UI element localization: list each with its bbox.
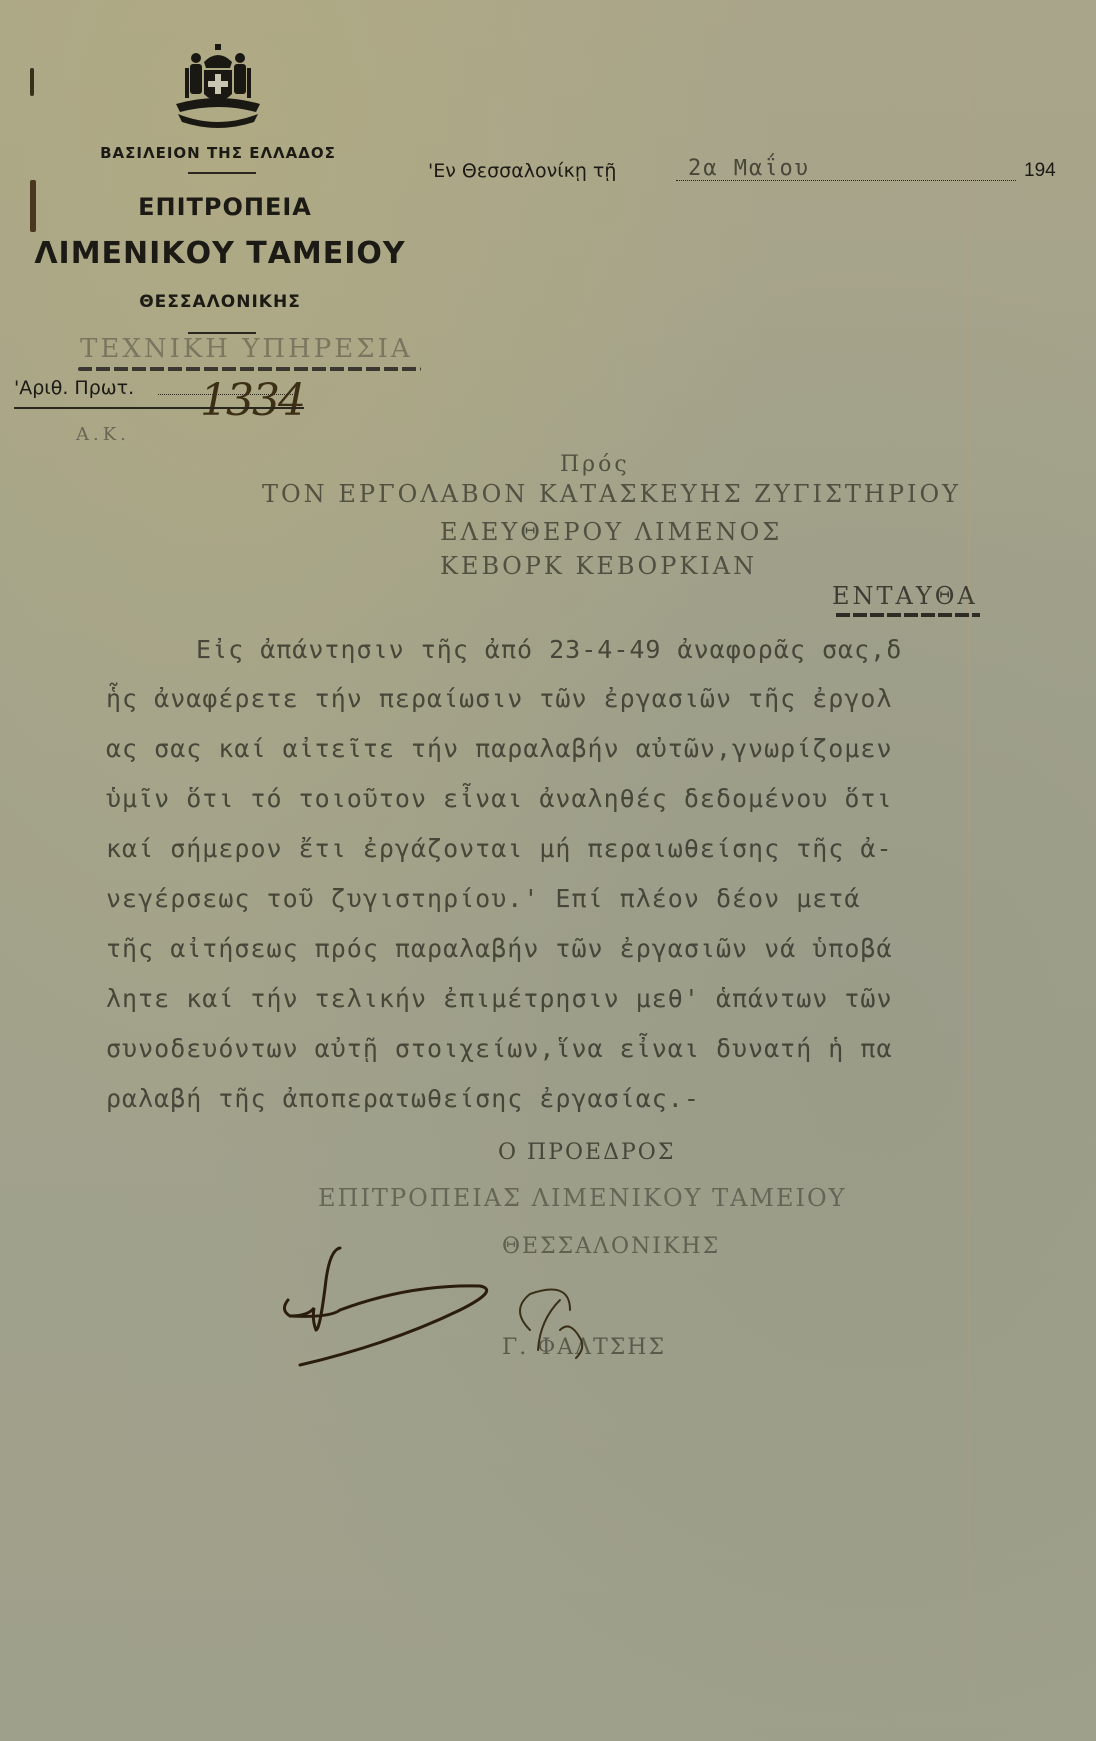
date-value: 2α Μαΐου xyxy=(688,156,810,181)
letter-page: ΒΑΣΙΛΕΙΟΝ ΤΗΣ ΕΛΛΑΔΟΣ ΕΠΙΤΡΟΠΕΙΑ ΛΙΜΕΝΙΚ… xyxy=(0,0,1096,1741)
protocol-rule xyxy=(14,407,304,409)
body-line: ὑμῖν ὅτι τό τοιοῦτον εἶναι ἀναληθές δεδο… xyxy=(106,784,893,813)
margin-ink-mark xyxy=(30,68,34,96)
protocol-label: 'Αριθ. Πρωτ. xyxy=(14,377,134,399)
recipient-line: ΕΛΕΥΘΕΡΟΥ ΛΙΜΕΝΟΣ xyxy=(440,518,782,546)
recipient-location: ΕΝΤΑΥΘΑ xyxy=(832,582,978,610)
margin-ink-mark xyxy=(30,180,36,232)
signatory-organization: ΕΠΙΤΡΟΠΕΙΑΣ ΛΙΜΕΝΙΚΟΥ ΤΑΜΕΙΟΥ xyxy=(318,1184,847,1212)
protocol-number: 1334 xyxy=(200,375,304,426)
recipient-line: ΚΕΒΟΡΚ ΚΕΒΟΡΚΙΑΝ xyxy=(440,552,757,580)
body-line: Εἰς ἀπάντησιν τῆς ἀπό 23-4-49 ἀναφορᾶς σ… xyxy=(196,635,902,664)
coat-of-arms-icon xyxy=(168,42,268,134)
body-line: λητε καί τήν τελικήν ἐπιμέτρησιν μεθ' ἁπ… xyxy=(106,984,893,1013)
body-line: ἧς ἀναφέρετε τήν περαίωσιν τῶν ἐργασιῶν … xyxy=(106,684,893,713)
body-line: καί σήμερον ἔτι ἐργάζονται μή περαιωθείσ… xyxy=(106,834,893,863)
paper-fold-line xyxy=(968,0,970,1741)
typist-initials: Α.Κ. xyxy=(76,424,130,445)
kingdom-heading: ΒΑΣΙΛΕΙΟΝ ΤΗΣ ΕΛΛΑΔΟΣ xyxy=(88,144,348,162)
committee-heading: ΕΠΙΤΡΟΠΕΙΑ xyxy=(100,193,350,221)
body-line: συνοδευόντων αὐτῇ στοιχείων,ἵνα εἶναι δυ… xyxy=(106,1034,893,1063)
body-line: ας σας καί αἰτεῖτε τήν παραλαβήν αὐτῶν,γ… xyxy=(106,734,893,763)
signatory-name: Γ. ΦΑΛΤΣΗΣ xyxy=(502,1335,666,1360)
recipient-line: ΤΟΝ ΕΡΓΟΛΑΒΟΝ ΚΑΤΑΣΚΕΥΗΣ ΖΥΓΙΣΤΗΡΙΟΥ xyxy=(262,480,961,508)
fund-heading: ΛΙΜΕΝΙΚΟΥ ΤΑΜΕΙΟΥ xyxy=(30,236,410,271)
city-heading: ΘΕΣΣΑΛΟΝΙΚΗΣ xyxy=(120,292,320,312)
date-label: 'Εν Θεσσαλονίκῃ τῇ xyxy=(428,160,616,182)
location-underline xyxy=(836,613,980,617)
department-stamp: ΤΕΧΝΙΚΗ ΥΠΗΡΕΣΙΑ xyxy=(80,334,413,364)
body-line: ραλαβή τῆς ἀποπερατωθείσης ἐργασίας.- xyxy=(106,1084,700,1113)
divider xyxy=(188,172,256,174)
date-year: 194 xyxy=(1024,160,1056,182)
recipient-to-label: Πρός xyxy=(560,452,630,477)
stamp-underline xyxy=(78,367,421,371)
signatory-title: Ο ΠΡΟΕΔΡΟΣ xyxy=(498,1140,675,1165)
body-line: νεγέρσεως τοῦ ζυγιστηρίου.' Επί πλέον δέ… xyxy=(106,884,860,913)
body-line: τῆς αἰτήσεως πρός παραλαβήν τῶν ἐργασιῶν… xyxy=(106,934,893,963)
